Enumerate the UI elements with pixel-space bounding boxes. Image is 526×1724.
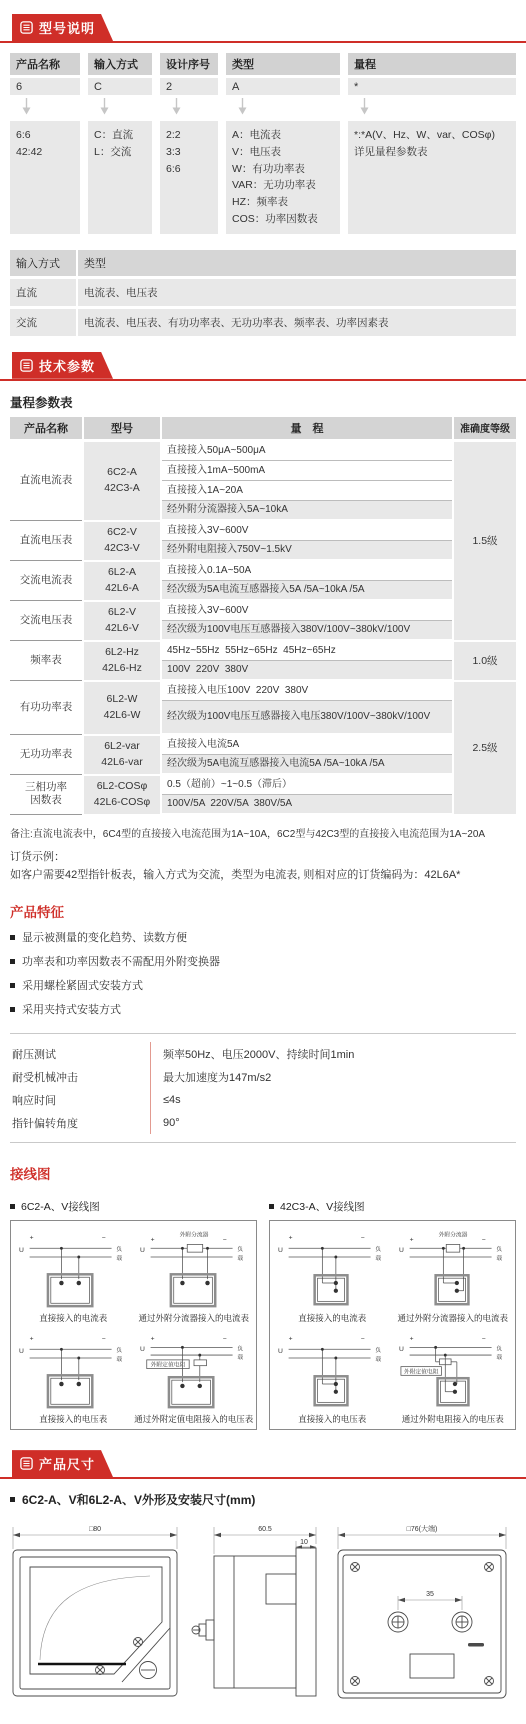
- model-code-cell: A: [226, 78, 340, 95]
- wiring-caption: 通过外附电阻接入的电压表: [393, 1413, 514, 1425]
- svg-text:U: U: [140, 1247, 145, 1254]
- model-detail-cell: C：直流 L：交流: [88, 121, 152, 234]
- spec-label: 耐受机械冲击: [10, 1069, 150, 1085]
- model-cell: 6L2-Hz 42L6-Hz: [84, 642, 160, 680]
- model-col-header: 产品名称: [10, 53, 80, 75]
- model-cell: 6L2-COSφ 42L6-COSφ: [84, 776, 160, 814]
- model-detail-cell: 6:6 42:42: [10, 121, 80, 234]
- wiring-panel-6c2: 6C2-A、V接线图 +− U 负载 直接接入的电流表: [10, 1191, 257, 1430]
- wiring-diagram-direct-ammeter: +− U 负载 直接接入的电流表: [13, 1229, 134, 1324]
- model-detail-cell: 2:2 3:3 6:6: [160, 121, 218, 234]
- model-col-header: 量程: [348, 53, 516, 75]
- input-table-header: 输入方式: [10, 250, 76, 276]
- down-arrow-icon: [348, 98, 516, 118]
- feature-item: 采用夹持式安装方式: [10, 1001, 516, 1017]
- section-model-badge: 型号说明: [12, 14, 113, 41]
- wiring-panel-title-text: 42C3-A、V接线图: [280, 1199, 365, 1214]
- down-arrow-icon: [160, 98, 218, 118]
- range-cell: 经次级为100V电压互感器接入380V/100V~380kV/100V: [162, 621, 452, 641]
- range-cell: 直接接入1mA~500mA: [162, 461, 452, 481]
- svg-text:U: U: [278, 1348, 283, 1355]
- accuracy-cell: 1.5级: [454, 442, 516, 640]
- svg-text:−: −: [102, 1336, 106, 1343]
- bullet-square-icon: [10, 935, 15, 940]
- svg-text:载: 载: [376, 1254, 382, 1262]
- range-cell: 直接接入3V~600V: [162, 521, 452, 541]
- feature-text: 显示被测量的变化趋势、读数方便: [22, 929, 187, 945]
- section-tech-header: 技术参数: [0, 352, 526, 381]
- svg-text:U: U: [19, 1247, 24, 1254]
- model-col-header: 类型: [226, 53, 340, 75]
- svg-text:+: +: [150, 1336, 154, 1343]
- spec-label: 耐压测试: [10, 1046, 150, 1062]
- order-example-text: 如客户需要42型指针板表，输入方式为交流，类型为电流表, 则相对应的订货编码为：…: [10, 866, 516, 885]
- spec-value: 频率50Hz、电压2000V、持续时间1min: [150, 1042, 516, 1065]
- feature-text: 功率表和功率因数表不需配用外附变换器: [22, 953, 220, 969]
- range-cell: 直接接入3V~600V: [162, 601, 452, 621]
- svg-text:外附定值电阻: 外附定值电阻: [150, 1361, 185, 1369]
- spec-value: ≤4s: [150, 1088, 516, 1111]
- section-dims-header: 产品尺寸: [0, 1450, 526, 1479]
- svg-text:−: −: [223, 1336, 227, 1343]
- range-cell: 直接接入1A~20A: [162, 481, 452, 501]
- wiring-panel-title: 6C2-A、V接线图: [10, 1199, 257, 1214]
- spec-row: 耐压测试频率50Hz、电压2000V、持续时间1min: [10, 1042, 516, 1065]
- range-cell: 直接接入50μA~500μA: [162, 441, 452, 461]
- svg-text:+: +: [30, 1235, 34, 1242]
- range-cell: 经次级为100V电压互感器接入电压380V/100V~380kV/100V: [162, 701, 452, 735]
- range-cell: 直接接入电压100V 220V 380V: [162, 681, 452, 701]
- down-arrow-icon: [226, 98, 340, 118]
- dimensions-subtitle-text: 6C2-A、V和6L2-A、V外形及安装尺寸(mm): [22, 1491, 255, 1508]
- svg-text:负: 负: [237, 1344, 243, 1352]
- meter-rear-view-drawing: □76(大端) 35: [328, 1522, 516, 1700]
- wiring-diagram-shunt-ammeter: 外附分流器 +− U 负载 通过外附分流器接入的电流表: [393, 1229, 514, 1324]
- document-icon: [20, 21, 33, 34]
- spec-row: 响应时间≤4s: [10, 1088, 516, 1111]
- model-cell: 6C2-A 42C3-A: [84, 442, 160, 520]
- wiring-caption: 直接接入的电流表: [13, 1312, 134, 1324]
- input-table-header: 类型: [78, 250, 516, 276]
- spec-value: 90°: [150, 1111, 516, 1134]
- down-arrow-icon: [10, 98, 80, 118]
- svg-text:负: 负: [117, 1346, 123, 1354]
- input-type-table: 输入方式 类型 直流 电流表、电压表 交流 电流表、电压表、有功功率表、无功功率…: [10, 250, 516, 336]
- svg-text:+: +: [409, 1336, 413, 1343]
- svg-text:U: U: [19, 1348, 24, 1355]
- range-cell: 经次级为5A电流互感器接入电流5A /5A~10kA /5A: [162, 755, 452, 775]
- svg-text:载: 载: [117, 1355, 123, 1363]
- range-header: 型号: [84, 417, 160, 439]
- wiring-diagram-direct-ammeter: +− U 负载 直接接入的电流表: [272, 1229, 393, 1324]
- bullet-square-icon: [10, 983, 15, 988]
- features-list: 显示被测量的变化趋势、读数方便 功率表和功率因数表不需配用外附变换器 采用螺栓紧…: [10, 929, 516, 1017]
- svg-text:外附分流器: 外附分流器: [438, 1231, 467, 1239]
- range-cell: 45Hz~55Hz 55Hz~65Hz 45Hz~65Hz: [162, 641, 452, 661]
- model-cell: 6L2-W 42L6-W: [84, 682, 160, 734]
- range-cell: 经次级为5A电流互感器接入5A /5A~10kA /5A: [162, 581, 452, 601]
- model-cell: 6L2-V 42L6-V: [84, 602, 160, 640]
- order-example-block: 订货示例： 如客户需要42型指针板表，输入方式为交流，类型为电流表, 则相对应的…: [10, 848, 516, 885]
- model-col-header: 设计序号: [160, 53, 218, 75]
- wiring-diagram-resistor-voltmeter: +− U 负载 外附定值电阻: [393, 1330, 514, 1425]
- product-name-cell: 频率表: [10, 641, 82, 681]
- document-icon: [20, 359, 33, 372]
- wiring-diagram-direct-voltmeter: +− U 负载 直接接入的电压表: [13, 1330, 134, 1425]
- bullet-square-icon: [10, 959, 15, 964]
- model-code-table: 产品名称 输入方式 设计序号 类型 量程 6 C 2 A * 6:6 42:42…: [10, 53, 516, 234]
- wiring-caption: 直接接入的电压表: [272, 1413, 393, 1425]
- range-cell: 直接接入电流5A: [162, 735, 452, 755]
- spec-row: 指针偏转角度90°: [10, 1111, 516, 1134]
- svg-text:+: +: [409, 1237, 413, 1244]
- svg-text:+: +: [30, 1336, 34, 1343]
- wiring-panel-42c3: 42C3-A、V接线图 +− U 负载 直接接入的电流表: [269, 1191, 516, 1430]
- svg-text:负: 负: [496, 1245, 502, 1253]
- product-name-cell: 交流电压表: [10, 601, 82, 641]
- svg-text:−: −: [361, 1336, 365, 1343]
- svg-text:负: 负: [237, 1245, 243, 1253]
- range-header: 量 程: [162, 417, 452, 439]
- bullet-square-icon: [269, 1204, 274, 1209]
- model-detail-cell: *:*A(V、Hz、W、var、COSφ) 详见量程参数表: [348, 121, 516, 234]
- range-cell: 0.5（超前）~1~0.5（滞后）: [162, 775, 452, 795]
- input-table-cell: 电流表、电压表: [78, 279, 516, 306]
- dimensions-subtitle: 6C2-A、V和6L2-A、V外形及安装尺寸(mm): [10, 1491, 516, 1508]
- order-example-title: 订货示例：: [10, 848, 516, 867]
- model-code-cell: 6: [10, 78, 80, 95]
- svg-text:负: 负: [117, 1245, 123, 1253]
- svg-text:载: 载: [237, 1254, 243, 1262]
- accuracy-cell: 1.0级: [454, 642, 516, 680]
- wiring-caption: 直接接入的电流表: [272, 1312, 393, 1324]
- svg-text:载: 载: [376, 1355, 382, 1363]
- wiring-title: 接线图: [10, 1163, 516, 1183]
- svg-text:负: 负: [376, 1245, 382, 1253]
- svg-text:−: −: [482, 1336, 486, 1343]
- datasheet-page: 型号说明 产品名称 输入方式 设计序号 类型 量程 6 C 2 A * 6:6 …: [0, 0, 526, 1724]
- product-name-cell: 有功功率表: [10, 681, 82, 735]
- wiring-panel-title-text: 6C2-A、V接线图: [21, 1199, 100, 1214]
- front-width-dim: □80: [89, 1526, 101, 1533]
- range-table-title: 量程参数表: [10, 393, 516, 411]
- side-depth-dim: 60.5: [258, 1526, 272, 1533]
- model-cell: 6L2-A 42L6-A: [84, 562, 160, 600]
- wiring-diagram-direct-voltmeter: +− U 负载 直接接入的电压表: [272, 1330, 393, 1425]
- section-dims-badge: 产品尺寸: [12, 1450, 113, 1477]
- range-parameter-table: 产品名称 型号 量 程 准确度等级 直流电流表 直流电压表 交流电流表 交流电压…: [10, 417, 516, 815]
- feature-item: 采用螺栓紧固式安装方式: [10, 977, 516, 993]
- terminal-spacing-dim: 35: [426, 1591, 434, 1598]
- svg-text:+: +: [289, 1235, 293, 1242]
- svg-text:U: U: [399, 1346, 404, 1353]
- spec-value: 最大加速度为147m/s2: [150, 1065, 516, 1088]
- model-code-cell: 2: [160, 78, 218, 95]
- wiring-caption: 通过外附分流器接入的电流表: [134, 1312, 255, 1324]
- model-code-cell: C: [88, 78, 152, 95]
- svg-text:−: −: [482, 1237, 486, 1244]
- product-name-cell: 直流电压表: [10, 521, 82, 561]
- spec-label: 指针偏转角度: [10, 1115, 150, 1131]
- wiring-caption: 直接接入的电压表: [13, 1413, 134, 1425]
- product-name-cell: 三相功率 因数表: [10, 775, 82, 815]
- product-name-cell: 直流电流表: [10, 441, 82, 521]
- range-cell: 经外附分流器接入5A~10kA: [162, 501, 452, 521]
- section-dims-title: 产品尺寸: [39, 1454, 95, 1473]
- accuracy-cell: 2.5级: [454, 682, 516, 814]
- model-detail-cell: A：电流表 V：电压表 W：有功功率表 VAR：无功功率表 HZ：频率表 COS…: [226, 121, 340, 234]
- range-cell: 100V/5A 220V/5A 380V/5A: [162, 795, 452, 815]
- wiring-diagram-box: +− U 负载 直接接入的电流表 外附分流器 +−: [10, 1220, 257, 1430]
- input-table-cell: 电流表、电压表、有功功率表、无功功率表、频率表、功率因素表: [78, 309, 516, 336]
- features-title: 产品特征: [10, 901, 516, 921]
- model-code-cell: *: [348, 78, 516, 95]
- svg-text:U: U: [278, 1247, 283, 1254]
- svg-text:−: −: [223, 1237, 227, 1244]
- section-tech-title: 技术参数: [39, 356, 95, 375]
- input-table-cell: 交流: [10, 309, 76, 336]
- bullet-square-icon: [10, 1497, 15, 1502]
- range-header: 准确度等级: [454, 417, 516, 439]
- wiring-caption: 通过外附分流器接入的电流表: [393, 1312, 514, 1324]
- meter-side-view-drawing: 60.5 10: [184, 1522, 324, 1700]
- svg-text:负: 负: [376, 1346, 382, 1354]
- section-model-title: 型号说明: [39, 18, 95, 37]
- wiring-panel-title: 42C3-A、V接线图: [269, 1199, 516, 1214]
- svg-text:−: −: [102, 1235, 106, 1242]
- svg-text:+: +: [289, 1336, 293, 1343]
- svg-text:−: −: [361, 1235, 365, 1242]
- table-remark: 备注:直流电流表中，6C4型的直接接入电流范围为1A~10A，6C2型与42C3…: [10, 825, 516, 840]
- feature-item: 显示被测量的变化趋势、读数方便: [10, 929, 516, 945]
- rear-width-dim: □76(大端): [407, 1524, 438, 1533]
- range-cell: 经外附电阻接入750V~1.5kV: [162, 541, 452, 561]
- wiring-diagram-resistor-voltmeter: +− U 负载 外附定值电阻 通过外附定值电阻接入的电压表: [134, 1330, 255, 1425]
- model-cell: 6C2-V 42C3-V: [84, 522, 160, 560]
- spec-row: 耐受机械冲击最大加速度为147m/s2: [10, 1065, 516, 1088]
- svg-text:载: 载: [117, 1254, 123, 1262]
- feature-text: 采用螺栓紧固式安装方式: [22, 977, 143, 993]
- bullet-square-icon: [10, 1204, 15, 1209]
- wiring-panels: 6C2-A、V接线图 +− U 负载 直接接入的电流表: [10, 1191, 516, 1430]
- range-cell: 直接接入0.1A~50A: [162, 561, 452, 581]
- svg-text:U: U: [399, 1247, 404, 1254]
- wiring-caption: 通过外附定值电阻接入的电压表: [134, 1413, 255, 1425]
- svg-text:U: U: [140, 1346, 145, 1353]
- down-arrow-icon: [88, 98, 152, 118]
- wiring-diagram-shunt-ammeter: 外附分流器 +− U 负载 通过外附分流器接入的电流表: [134, 1229, 255, 1324]
- feature-text: 采用夹持式安装方式: [22, 1001, 121, 1017]
- section-model-header: 型号说明: [0, 14, 526, 43]
- document-icon: [20, 1457, 33, 1470]
- svg-text:载: 载: [237, 1353, 243, 1361]
- model-col-header: 输入方式: [88, 53, 152, 75]
- svg-text:外附定值电阻: 外附定值电阻: [404, 1368, 439, 1376]
- svg-text:外附分流器: 外附分流器: [179, 1231, 208, 1239]
- product-name-cell: 交流电流表: [10, 561, 82, 601]
- bullet-square-icon: [10, 1007, 15, 1012]
- svg-text:+: +: [150, 1237, 154, 1244]
- meter-front-view-drawing: □80: [10, 1522, 180, 1700]
- range-cell: 100V 220V 380V: [162, 661, 452, 681]
- dimension-drawings: □80 60.5 10: [10, 1522, 516, 1700]
- feature-item: 功率表和功率因数表不需配用外附变换器: [10, 953, 516, 969]
- product-name-cell: 无功功率表: [10, 735, 82, 775]
- model-cell: 6L2-var 42L6-var: [84, 736, 160, 774]
- input-table-cell: 直流: [10, 279, 76, 306]
- svg-text:负: 负: [496, 1344, 502, 1352]
- range-header: 产品名称: [10, 417, 82, 439]
- svg-text:载: 载: [496, 1254, 502, 1262]
- svg-text:载: 载: [496, 1353, 502, 1361]
- spec-label: 响应时间: [10, 1092, 150, 1108]
- side-bezel-dim: 10: [300, 1539, 308, 1546]
- spec-table: 耐压测试频率50Hz、电压2000V、持续时间1min 耐受机械冲击最大加速度为…: [10, 1033, 516, 1143]
- wiring-diagram-box: +− U 负载 直接接入的电流表 外附分流器: [269, 1220, 516, 1430]
- section-tech-badge: 技术参数: [12, 352, 113, 379]
